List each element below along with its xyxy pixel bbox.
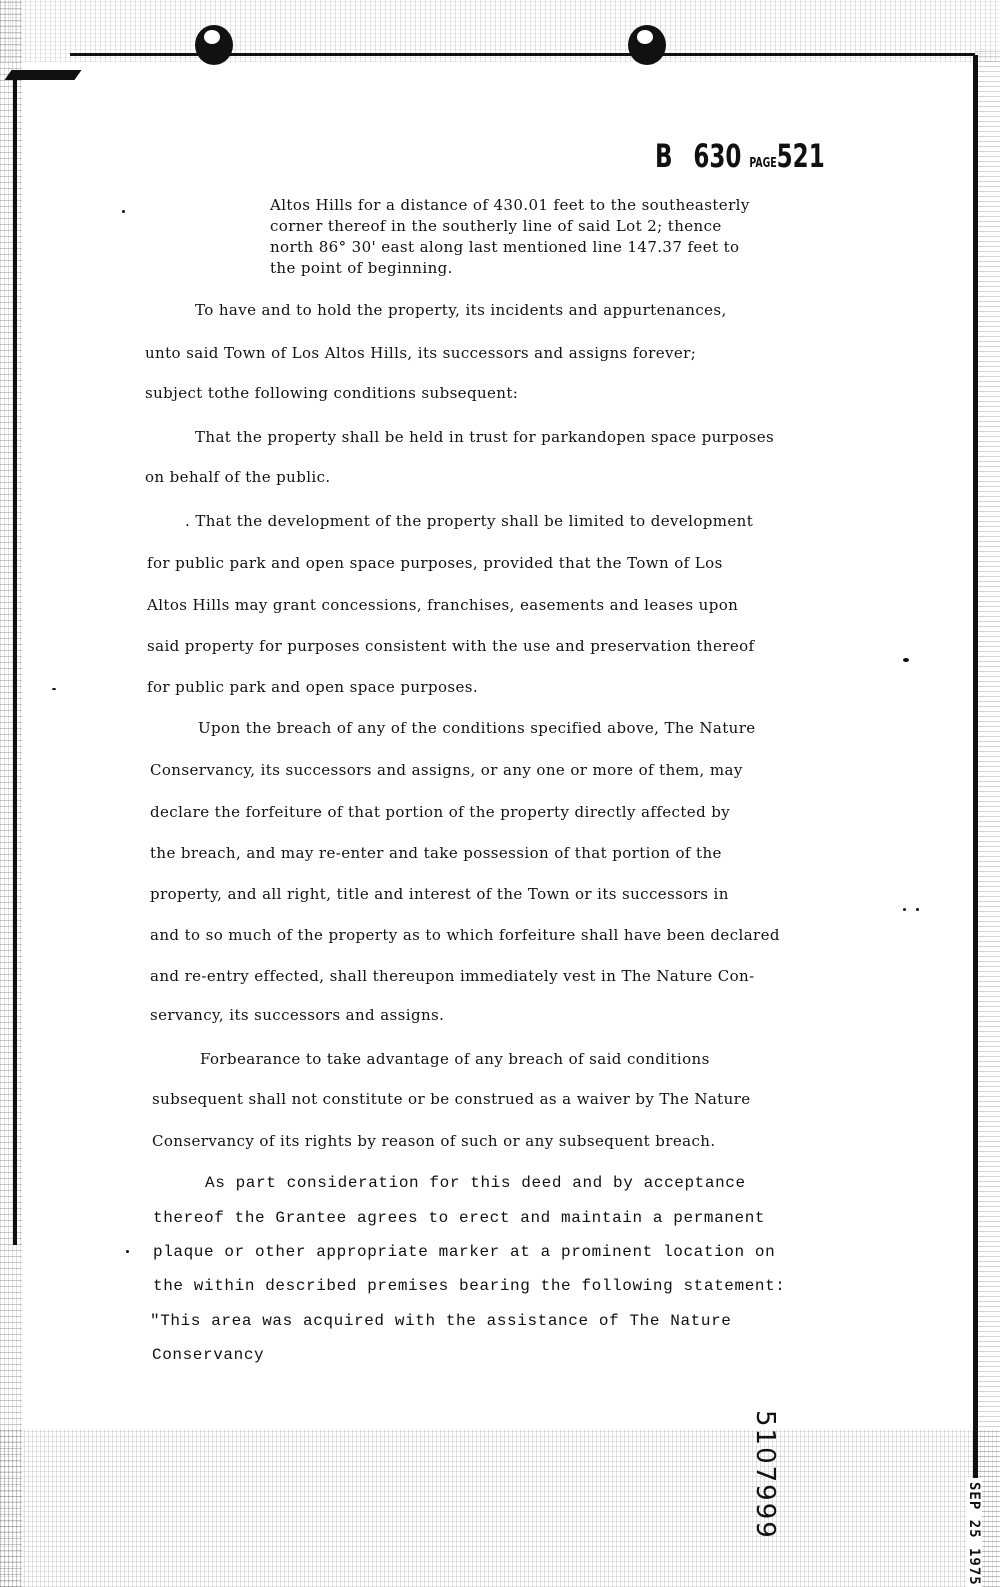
page-label: PAGE <box>749 156 776 171</box>
body-line: said property for purposes consistent wi… <box>147 637 755 655</box>
scan-speck <box>916 908 919 911</box>
punch-hole-icon <box>195 25 233 65</box>
scan-noise-bottom <box>0 1430 1000 1587</box>
book-letter: B <box>655 137 673 175</box>
body-line: for public park and open space purposes. <box>147 678 478 696</box>
body-line: declare the forfeiture of that portion o… <box>150 803 730 821</box>
body-line: on behalf of the public. <box>145 468 331 486</box>
book-page-reference: B630PAGE521 <box>655 137 825 175</box>
body-line: Upon the breach of any of the conditions… <box>198 719 756 737</box>
body-line: Conservancy of its rights by reason of s… <box>152 1132 716 1150</box>
punch-hole-icon <box>628 25 666 65</box>
book-number: 630 <box>693 137 741 175</box>
body-line: To have and to hold the property, its in… <box>195 301 727 319</box>
legal-line: north 86° 30' east along last mentioned … <box>270 237 739 258</box>
typewritten-line: plaque or other appropriate marker at a … <box>153 1243 775 1261</box>
body-line: unto said Town of Los Altos Hills, its s… <box>145 344 696 362</box>
body-line: Forbearance to take advantage of any bre… <box>200 1050 710 1068</box>
legal-line: the point of beginning. <box>270 258 453 279</box>
body-line: for public park and open space purposes,… <box>147 554 723 572</box>
typewritten-line: As part consideration for this deed and … <box>205 1174 746 1192</box>
body-line: and re-entry effected, shall thereupon i… <box>150 967 755 985</box>
typewritten-line: the within described premises bearing th… <box>153 1277 786 1295</box>
page-number: 521 <box>777 137 825 175</box>
recording-date-stamp: SEP 25 1975 <box>966 1478 982 1587</box>
typewritten-line: "This area was acquired with the assista… <box>150 1312 732 1330</box>
typewritten-line: thereof the Grantee agrees to erect and … <box>153 1209 765 1227</box>
page-border-left <box>13 75 17 1245</box>
scan-noise-right <box>975 50 1000 1587</box>
scan-speck <box>122 210 125 213</box>
legal-line: corner thereof in the southerly line of … <box>270 216 722 237</box>
scan-speck <box>126 1250 129 1253</box>
body-line: subject tothe following conditions subse… <box>145 384 518 402</box>
body-line: property, and all right, title and inter… <box>150 885 729 903</box>
legal-line: Altos Hills for a distance of 430.01 fee… <box>270 195 750 216</box>
body-line: the breach, and may re-enter and take po… <box>150 844 722 862</box>
typewritten-line: Conservancy <box>152 1346 264 1364</box>
page-border-right <box>973 55 978 1587</box>
body-line: Altos Hills may grant concessions, franc… <box>147 596 738 614</box>
body-line: subsequent shall not constitute or be co… <box>152 1090 751 1108</box>
scan-noise-left <box>0 0 22 1587</box>
body-line: servancy, its successors and assigns. <box>150 1006 444 1024</box>
scan-speck <box>52 688 56 690</box>
body-line: That the property shall be held in trust… <box>195 428 774 446</box>
body-line: and to so much of the property as to whi… <box>150 926 780 944</box>
scan-speck <box>903 908 906 911</box>
document-number-stamp: 5107999 <box>750 1410 780 1540</box>
scan-speck <box>903 658 909 662</box>
body-line: . That the development of the property s… <box>185 512 753 530</box>
body-line: Conservancy, its successors and assigns,… <box>150 761 743 779</box>
